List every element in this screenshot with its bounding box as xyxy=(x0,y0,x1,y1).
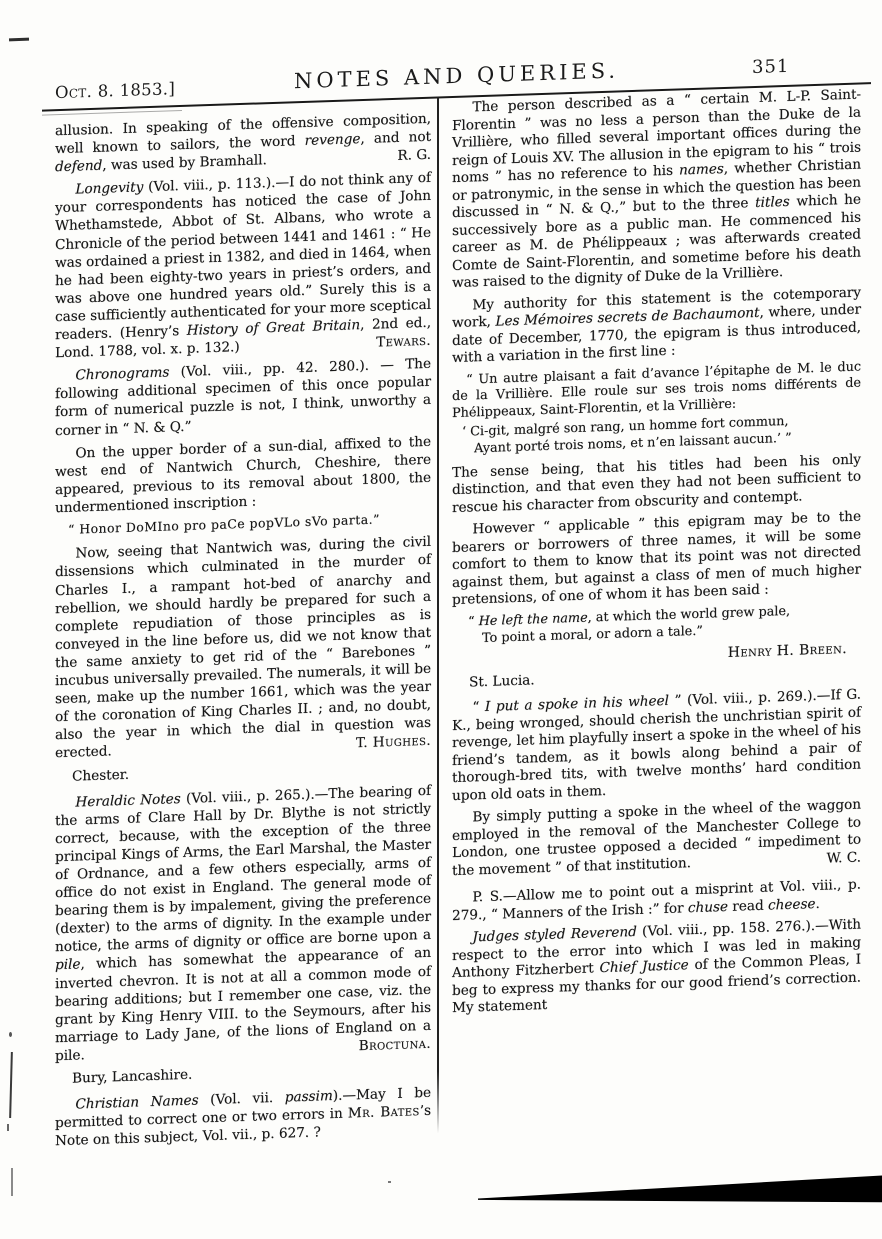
column-divider xyxy=(437,97,439,1133)
text-run: W. C. xyxy=(796,849,861,869)
paragraph-p: My authority for this statement is the c… xyxy=(452,284,861,368)
text-run: “ xyxy=(472,699,485,715)
text-run: defend xyxy=(55,158,102,176)
text-run: Mr. Bates xyxy=(348,1103,420,1121)
text-run: Christian Names xyxy=(75,1093,198,1113)
right-column: The person described as a “ certain M. L… xyxy=(452,86,861,1023)
paragraph-p: Longevity (Vol. viii., p. 113.).—I do no… xyxy=(55,169,431,362)
scanned-page: Oct. 8. 1853.] NOTES AND QUERIES. 351 al… xyxy=(0,0,882,1239)
paragraph-cont: allusion. In speaking of the offensive c… xyxy=(55,110,431,177)
text-run: Broctuna. xyxy=(328,1035,431,1057)
text-run: Tewars. xyxy=(346,332,431,353)
text-run: Chester. xyxy=(72,766,129,784)
text-run: Now, seeing that Nantwich was, during th… xyxy=(55,534,431,762)
paragraph-p: On the upper border of a sun-dial, affix… xyxy=(55,432,431,517)
text-run: St. Lucia. xyxy=(469,672,535,690)
text-run: Henry H. Breen. xyxy=(728,641,847,661)
paragraph-p: By simply putting a spoke in the wheel o… xyxy=(452,797,861,881)
text-run: Longevity xyxy=(75,180,143,198)
paragraph-p: Heraldic Notes (Vol. viii., p. 265.).—Th… xyxy=(55,781,431,1065)
text-run: . xyxy=(815,896,819,912)
page-content: Oct. 8. 1853.] NOTES AND QUERIES. 351 al… xyxy=(0,0,882,1239)
text-run: Chief Justice xyxy=(600,958,689,977)
text-run: passim xyxy=(285,1088,333,1106)
text-run: (Vol. vii. xyxy=(199,1090,285,1109)
text-run: The sense being, that his titles had bee… xyxy=(452,451,861,516)
text-run: He left the name xyxy=(479,610,588,629)
text-run: cheese xyxy=(768,896,815,914)
text-run: R. G. xyxy=(387,146,431,166)
paragraph-p: However “ applicable ” this epigram may … xyxy=(452,509,861,610)
text-run: T. Hughes. xyxy=(325,732,431,754)
text-run: However “ applicable ” this epigram may … xyxy=(452,509,861,609)
text-run: pile xyxy=(55,957,80,974)
text-run: revenge xyxy=(305,131,361,149)
text-run: On the upper border of a sun-dial, affix… xyxy=(55,433,431,516)
paragraph-p: The person described as a “ certain M. L… xyxy=(452,86,861,292)
text-run: names xyxy=(679,161,724,178)
text-run: titles xyxy=(755,194,790,211)
text-run: “ Un autre plaisant a fait d’avance l’ép… xyxy=(452,359,861,421)
text-run: , was used by Bramhall. xyxy=(102,152,267,173)
text-run: Heraldic Notes xyxy=(75,791,180,810)
text-run: Bury, Lancashire. xyxy=(72,1067,192,1087)
text-run: History of Great Britain xyxy=(187,317,360,339)
paragraph-verse: “ He left the name, at which the world g… xyxy=(452,601,861,648)
text-run: read xyxy=(728,897,768,914)
text-run: chuse xyxy=(688,899,728,916)
text-run: , and not xyxy=(360,129,431,147)
text-run: Chronograms xyxy=(75,365,169,384)
text-run: vol. x. p. 132.) xyxy=(142,339,240,358)
paragraph-cont: The sense being, that his titles had bee… xyxy=(452,451,861,517)
text-run: “ xyxy=(468,614,479,629)
paragraph-p: Judges styled Reverend (Vol. viii., pp. … xyxy=(452,917,861,1018)
paragraph-p: Chronograms (Vol. viii., pp. 42. 280.). … xyxy=(55,355,431,440)
paragraph-p: “ I put a spoke in his wheel ” (Vol. vii… xyxy=(452,687,861,806)
paragraph-p: Christian Names (Vol. vii. passim).—May … xyxy=(55,1084,431,1151)
left-column: allusion. In speaking of the offensive c… xyxy=(55,110,431,1156)
paragraph-p: Now, seeing that Nantwich was, during th… xyxy=(55,533,431,763)
page-number: 351 xyxy=(752,56,789,78)
